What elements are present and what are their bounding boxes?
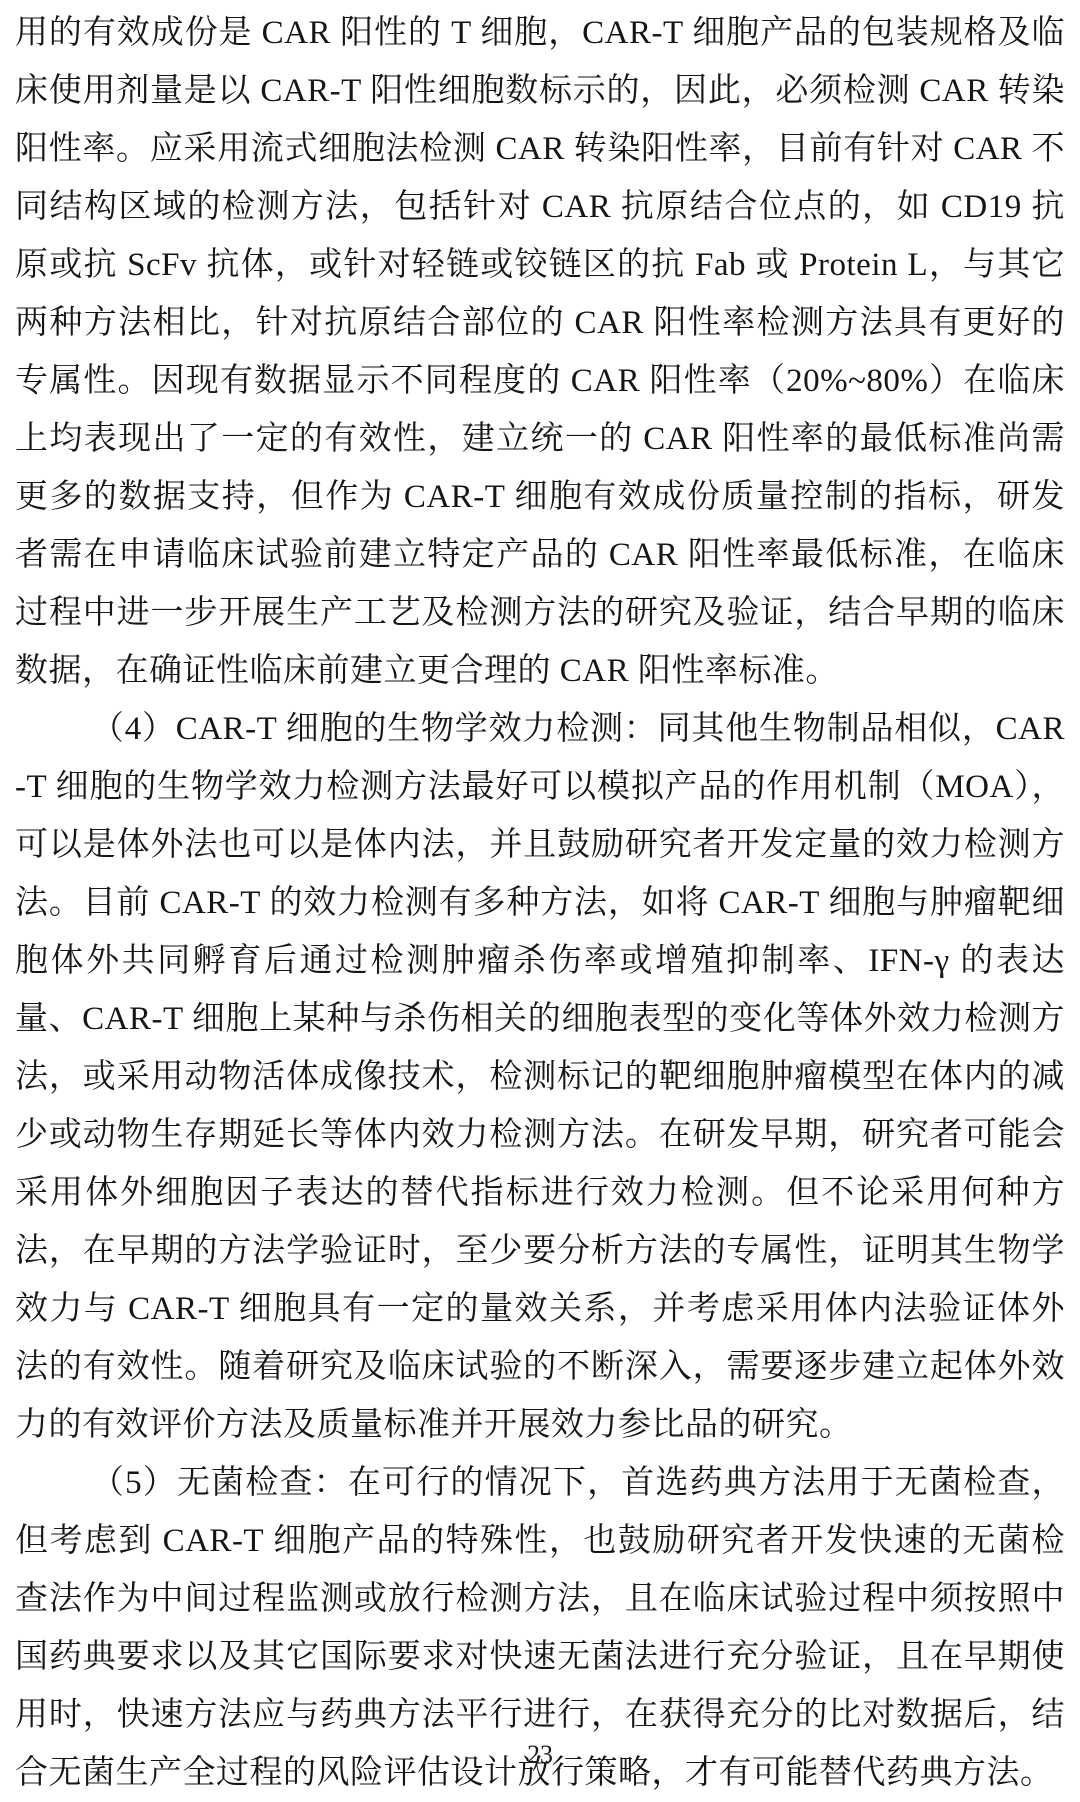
document-page: 用的有效成份是 CAR 阳性的 T 细胞，CAR-T 细胞产品的包装规格及临床使… <box>0 0 1080 1802</box>
page-body: 用的有效成份是 CAR 阳性的 T 细胞，CAR-T 细胞产品的包装规格及临床使… <box>0 0 1080 1802</box>
page-number: 23 <box>0 1738 1080 1772</box>
paragraph-4-biological-potency-assay: （4）CAR-T 细胞的生物学效力检测：同其他生物制品相似，CAR-T 细胞的生… <box>15 700 1065 1454</box>
paragraph-car-transduction-positive-rate: 用的有效成份是 CAR 阳性的 T 细胞，CAR-T 细胞产品的包装规格及临床使… <box>15 4 1065 700</box>
